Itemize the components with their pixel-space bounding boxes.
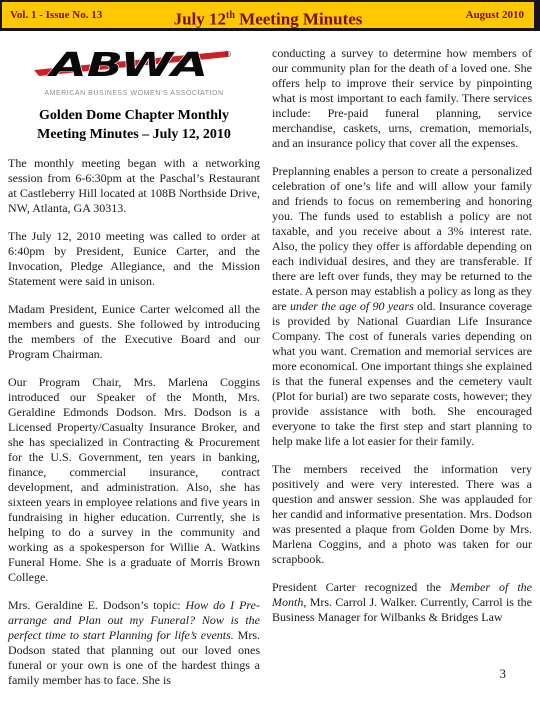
paragraph-reception: The members received the information ver… xyxy=(272,462,532,567)
paragraph-member-of-month: President Carter recognized the Member o… xyxy=(272,580,532,625)
section-heading: Golden Dome Chapter Monthly Meeting Minu… xyxy=(8,106,260,144)
newsletter-page: Vol. 1 - Issue No. 13 July 12th Meeting … xyxy=(0,0,540,720)
page-title-text: July 12 xyxy=(174,10,226,29)
preplanning-text-rest: old. Insurance coverage is provided by N… xyxy=(272,299,532,448)
paragraph-survey: conducting a survey to determine how mem… xyxy=(272,46,532,151)
paragraph-welcome: Madam President, Eunice Carter welcomed … xyxy=(8,302,260,362)
page-title: July 12th Meeting Minutes xyxy=(2,2,534,33)
section-heading-line2: Meeting Minutes – July 12, 2010 xyxy=(8,125,260,144)
abwa-logo: ABWA ® AMERICAN BUSINESS WOMEN’S ASSOCIA… xyxy=(34,44,234,97)
paragraph-networking: The monthly meeting began with a network… xyxy=(8,156,260,216)
logo-caption: AMERICAN BUSINESS WOMEN’S ASSOCIATION xyxy=(34,90,234,97)
page-title-rest: Meeting Minutes xyxy=(235,10,362,29)
section-heading-line1: Golden Dome Chapter Monthly xyxy=(8,106,260,125)
header-date-label: August 2010 xyxy=(466,2,524,28)
recognition-text-rest: , Mrs. Carrol J. Walker. Currently, Carr… xyxy=(272,595,532,624)
age-limit-italic: under the age of 90 years xyxy=(290,299,414,313)
paragraph-call-to-order: The July 12, 2010 meeting was called to … xyxy=(8,229,260,289)
page-title-ordinal: th xyxy=(226,10,235,21)
two-column-layout: ABWA ® AMERICAN BUSINESS WOMEN’S ASSOCIA… xyxy=(8,42,532,701)
header-band: Vol. 1 - Issue No. 13 July 12th Meeting … xyxy=(0,0,540,31)
recognition-text: President Carter recognized the xyxy=(272,580,450,594)
preplanning-text: Preplanning enables a person to create a… xyxy=(272,164,532,313)
abwa-logo-graphic: ABWA ® xyxy=(34,44,234,84)
left-column: ABWA ® AMERICAN BUSINESS WOMEN’S ASSOCIA… xyxy=(8,42,260,701)
paragraph-preplanning: Preplanning enables a person to create a… xyxy=(272,164,532,449)
paragraph-speaker-intro: Our Program Chair, Mrs. Marlena Coggins … xyxy=(8,375,260,585)
paragraph-topic: Mrs. Geraldine E. Dodson’s topic: How do… xyxy=(8,598,260,688)
right-column: conducting a survey to determine how mem… xyxy=(272,42,532,701)
logo-acronym: ABWA xyxy=(46,45,208,84)
topic-text: Mrs. Geraldine E. Dodson’s topic: xyxy=(8,598,186,612)
page-number: 3 xyxy=(500,666,507,682)
logo-registered-mark: ® xyxy=(224,50,232,59)
